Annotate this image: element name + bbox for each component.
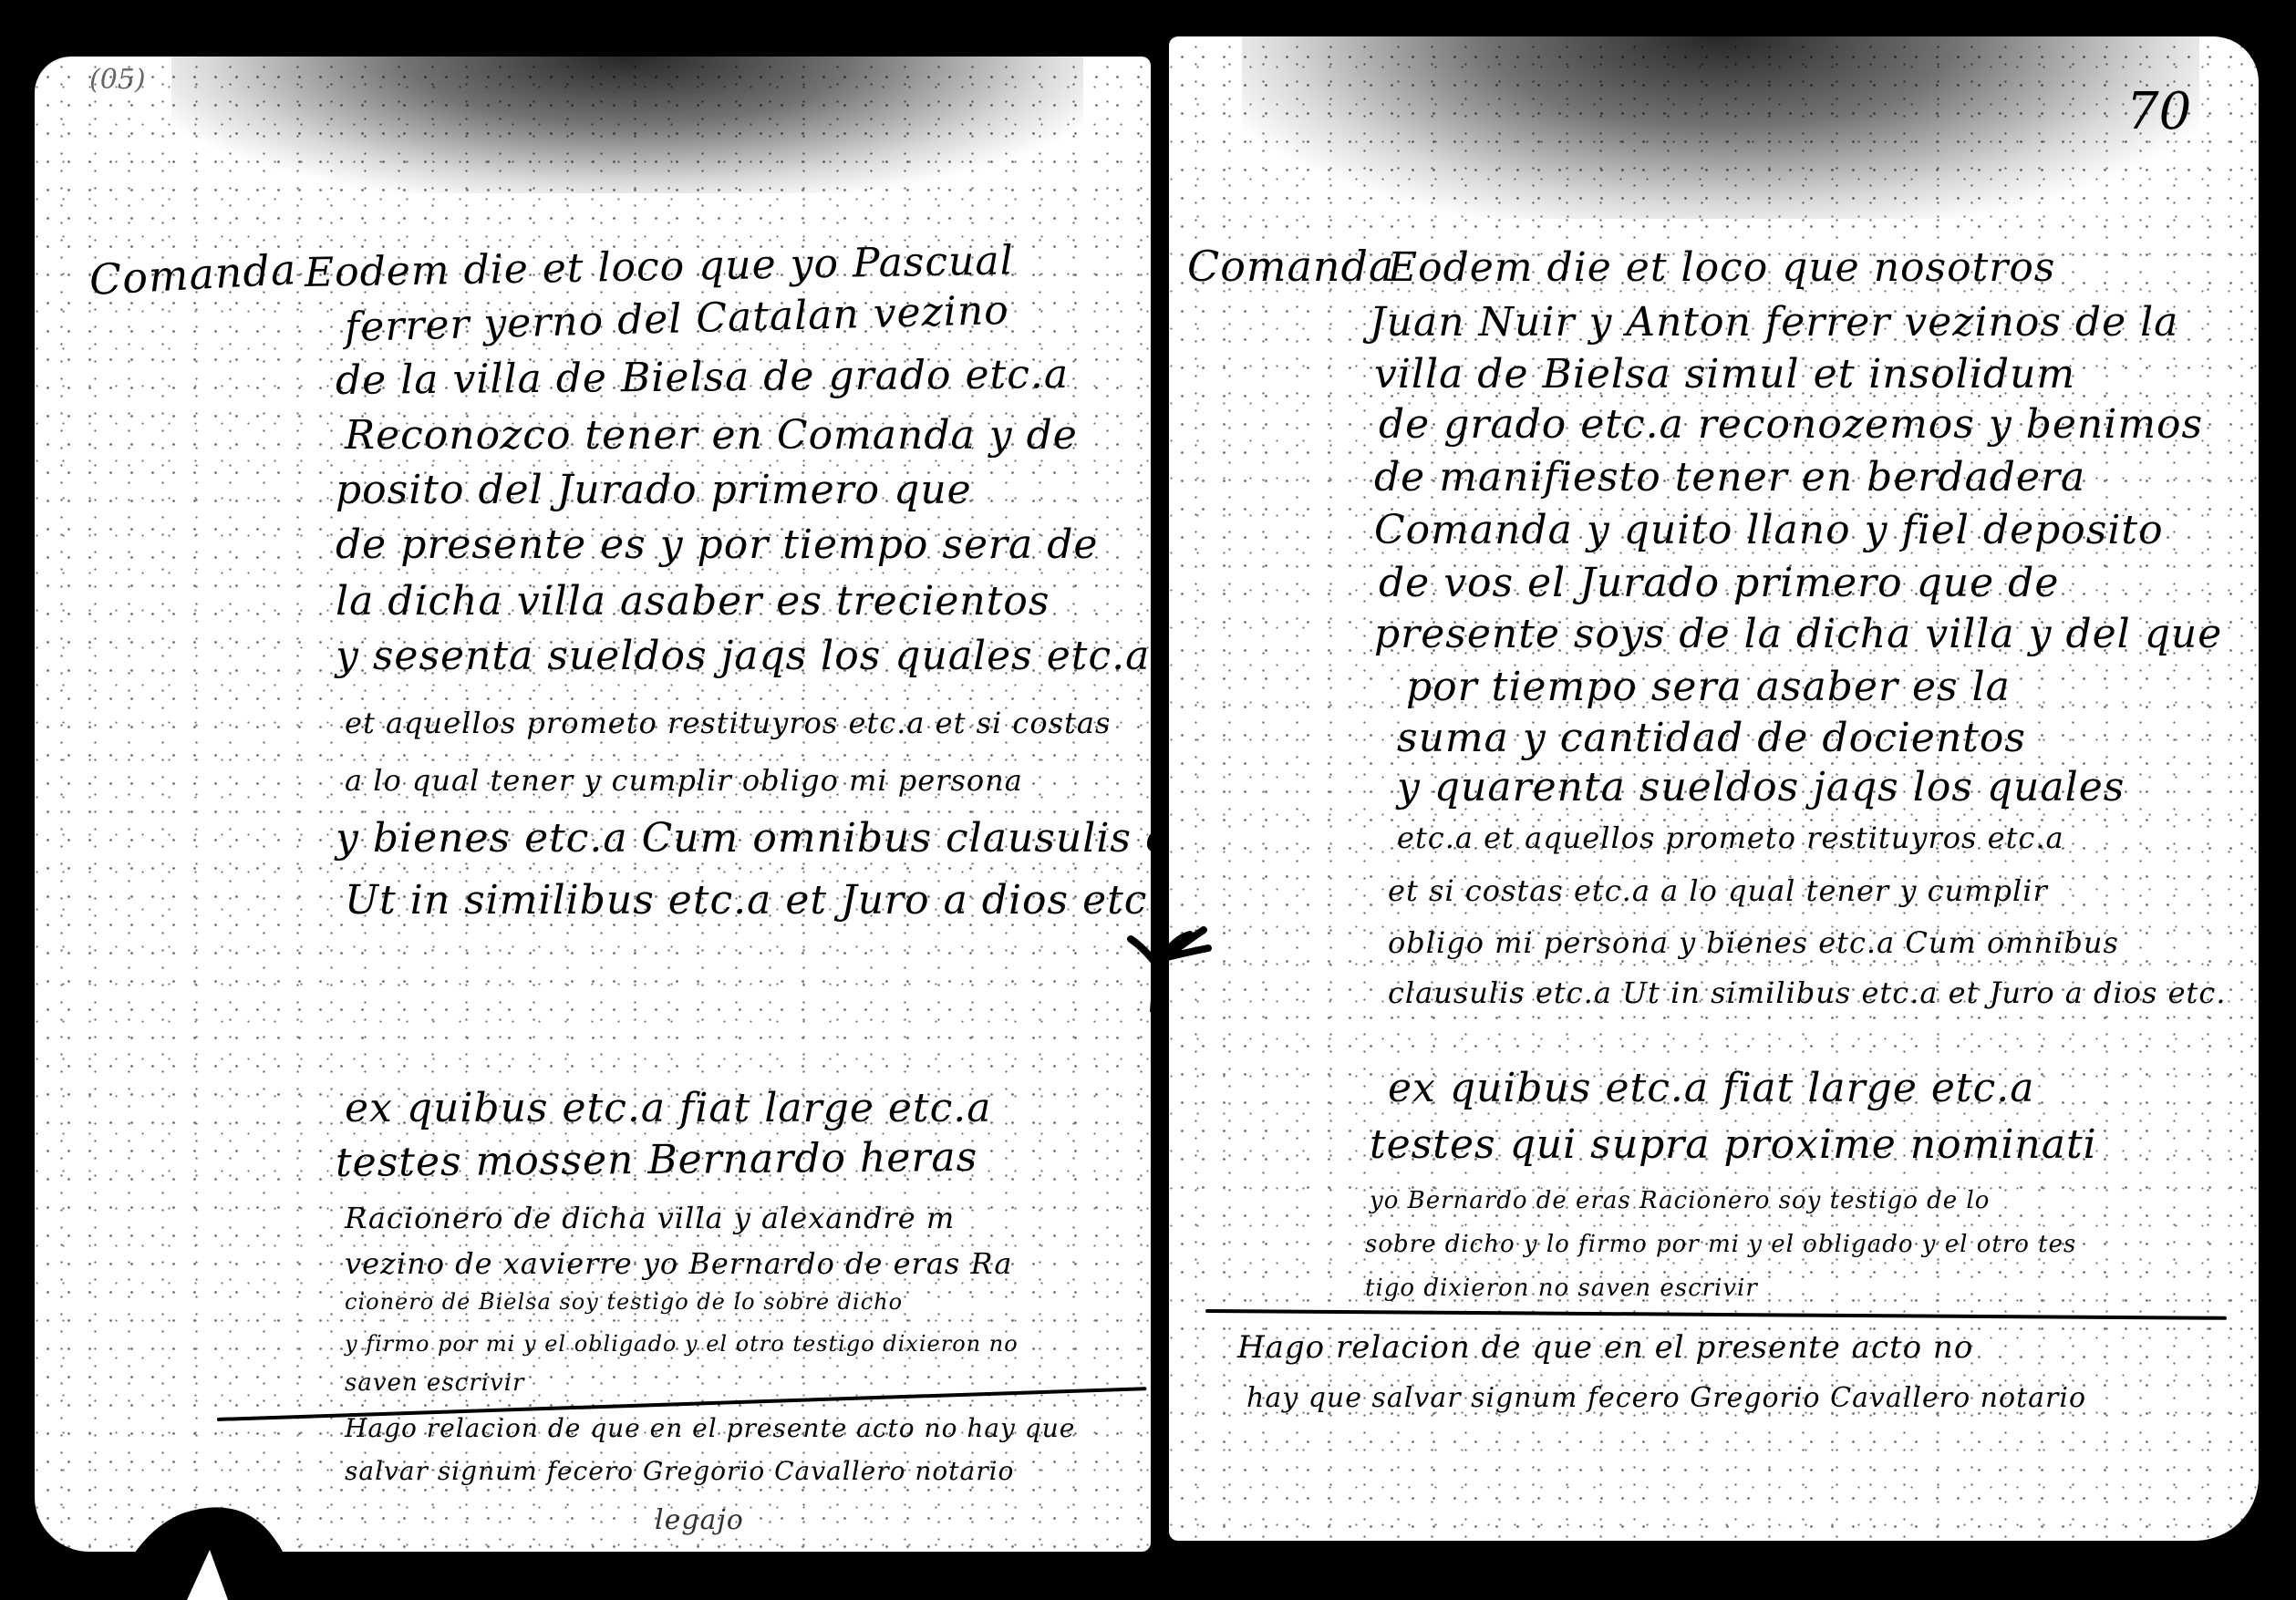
left-closing-4: vezino de xavierre yo Bernardo de eras R… [345,1246,1012,1281]
scanned-manuscript: (05) Comanda Eodem die et loco que yo Pa… [0,0,2296,1600]
left-line-12: Ut in similibus etc.a et Juro a dios etc… [345,877,1151,924]
right-page: 70 Comanda Eodem die et loco que nosotro… [1169,36,2259,1541]
binding-clip-shape [100,1459,301,1600]
left-line-6: de presente es y por tiempo sera de [336,521,1098,568]
gutter-sprig-icon [1117,912,1254,1012]
right-line-14: obligo mi persona y bienes etc.a Cum omn… [1388,925,2119,960]
left-closing-5: cionero de Bielsa soy testigo de lo sobr… [345,1289,903,1315]
right-line-12: etc.a et aquellos prometo restituyros et… [1397,821,2064,855]
right-line-1: Eodem die et loco que nosotros [1388,244,2055,291]
left-attestation-1: Hago relacion de que en el presente acto… [345,1413,1075,1443]
right-margin-label: Comanda [1187,242,1394,291]
right-attestation-1: Hago relacion de que en el presente acto… [1237,1329,1973,1366]
right-line-8: presente soys de la dicha villa y del qu… [1374,611,2222,657]
right-line-11: y quarenta sueldos jaqs los quales [1397,764,2125,810]
right-line-6: Comanda y quito llano y fiel deposito [1374,507,2164,553]
left-closing-6: y firmo por mi y el obligado y el otro t… [345,1331,1019,1357]
right-line-7: de vos el Jurado primero que de [1379,560,2059,606]
left-line-7: la dicha villa asaber es trecientos [336,578,1050,625]
right-closing-5: tigo dixieron no saven escrivir [1365,1275,1758,1302]
book-gutter [1151,36,1165,1568]
right-line-13: et si costas etc.a a lo qual tener y cum… [1388,873,2048,908]
right-line-15: clausulis etc.a Ut in similibus etc.a et… [1388,975,2226,1010]
right-folio-number: 70 [2126,82,2191,141]
left-line-3: de la villa de Bielsa de grado etc.a [336,351,1070,404]
right-line-9: por tiempo sera asaber es la [1406,664,2011,710]
left-line-8: y sesenta sueldos jaqs los quales etc.a [336,633,1150,679]
right-line-5: de manifiesto tener en berdadera [1374,454,2085,501]
left-closing-2: testes mossen Bernardo heras [336,1134,978,1186]
right-closing-4: sobre dicho y lo firmo por mi y el oblig… [1365,1231,2076,1258]
right-closing-2: testes qui supra proxime nominati [1370,1121,2097,1168]
right-line-4: de grado etc.a reconozemos y benimos [1379,401,2203,448]
right-closing-1: ex quibus etc.a fiat large etc.a [1388,1065,2034,1111]
left-line-4: Reconozco tener en Comanda y de [345,412,1078,459]
left-line-9: et aquellos prometo restituyros etc.a et… [345,706,1111,740]
left-footer-fragment: legajo [655,1504,744,1536]
left-line-10: a lo qual tener y cumplir obligo mi pers… [345,763,1023,798]
right-line-3: villa de Bielsa simul et insolidum [1374,351,2075,397]
left-attestation-2: salvar signum fecero Gregorio Cavallero … [345,1456,1014,1486]
right-closing-3: yo Bernardo de eras Racionero soy testig… [1370,1187,1990,1214]
left-page: (05) Comanda Eodem die et loco que yo Pa… [35,57,1151,1552]
right-attestation-2: hay que salvar signum fecero Gregorio Ca… [1246,1382,2086,1414]
left-line-5: posito del Jurado primero que [336,467,972,513]
left-closing-1: ex quibus etc.a fiat large etc.a [345,1085,991,1131]
left-closing-3: Racionero de dicha villa y alexandre m [345,1201,955,1235]
right-line-10: suma y cantidad de docientos [1397,715,2026,761]
left-folio-mark: (05) [89,64,146,96]
left-closing-7: saven escrivir [345,1369,524,1397]
right-line-2: Juan Nuir y Anton ferrer vezinos de la [1370,299,2178,346]
left-line-11: y bienes etc.a Cum omnibus clausulis etc… [336,815,1151,862]
